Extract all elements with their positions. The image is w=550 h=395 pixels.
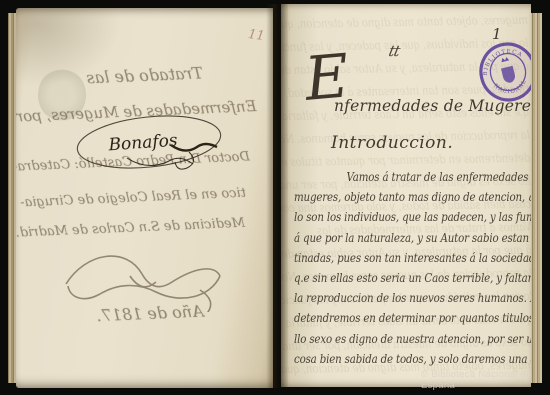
manuscript-line: q.e sin ellas esto seria un Caos terribl… — [294, 270, 484, 290]
bleedthrough-text-block: Tratado de las Enfermedades de Mugeres, … — [16, 8, 273, 388]
book-fore-edge-right — [530, 13, 542, 383]
owner-signature: Bonafos — [71, 112, 231, 172]
manuscript-line: mugeres, objeto tanto mas digno de atenc… — [294, 189, 484, 209]
signature-text: Bonafos — [107, 131, 179, 156]
manuscript-scan: 11 Tratado de las Enfermedades de Mugere… — [0, 0, 550, 395]
manuscript-line: á que por la naturaleza, y su Autor sabi… — [294, 230, 484, 250]
manuscript-line: Vamos á tratar de las enfermedades de la… — [294, 169, 484, 189]
manuscript-line: llo sexo es digno de nuestra atencion, p… — [294, 331, 484, 351]
manuscript-line: cosa bien sabida de todos, y solo daremo… — [294, 351, 484, 371]
manuscript-line: tinadas, pues son tan interesantes á la … — [294, 250, 484, 270]
bleedthrough-line: Medicina de S.n Carlos de Madrid. — [16, 216, 245, 241]
left-page: 11 Tratado de las Enfermedades de Mugere… — [16, 8, 273, 388]
manuscript-line: detendremos en determinar por quantos ti… — [294, 310, 484, 330]
bleedthrough-line: tico en el Real Colegio de Cirugia- — [20, 186, 246, 211]
chapter-title: nfermedades de Mugeres. — [334, 97, 531, 115]
copyright-watermark: © Biblioteca Nacional de España — [421, 369, 550, 391]
right-page: mugeres, objeto tanto mas digno de atenc… — [281, 4, 531, 387]
manuscript-body: Vamos á tratar de las enfermedades de la… — [294, 169, 526, 371]
manuscript-line: la reproduccion de los nuevos seres huma… — [294, 290, 484, 310]
section-heading: Introduccion. — [331, 133, 451, 153]
bleedthrough-line: Tratado de las — [86, 63, 203, 87]
calligraphic-flourish — [60, 246, 225, 312]
manuscript-line: lo son los individuos, que las padecen, … — [294, 209, 484, 229]
